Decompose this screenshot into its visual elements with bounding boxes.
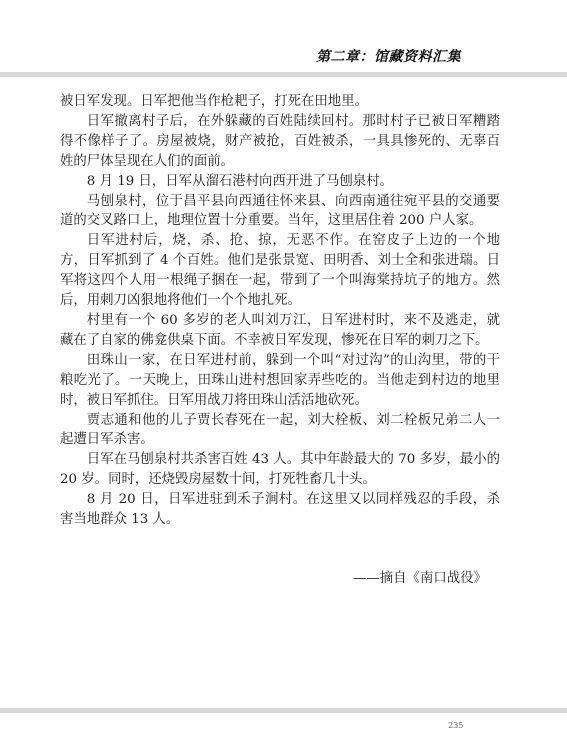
paragraph: 贾志通和他的儿子贾长春死在一起，刘大栓板、刘二栓板兄弟二人一起遭日军杀害。 [60, 411, 500, 451]
body-text: 被日军发现。日军把他当作枪耙子，打死在田地里。 日军撤离村子后，在外躲藏的百姓陆… [60, 92, 500, 530]
paragraph: 马刨泉村，位于昌平县向西通往怀来县、向西南通往宛平县的交通要道的交叉路口上，地理… [60, 192, 500, 232]
paragraph: 日军在马刨泉村共杀害百姓 43 人。其中年龄最大的 70 多岁，最小的 20 岁… [60, 450, 500, 490]
chapter-title: 第二章：馆藏资料汇集 [316, 46, 461, 66]
paragraph: 8 月 20 日，日军进驻到禾子涧村。在这里又以同样残忍的手段，杀害当地群众 1… [60, 490, 500, 530]
header-divider-bar [0, 72, 567, 77]
paragraph: 日军撤离村子后，在外躲藏的百姓陆续回村。那时村子已被日军糟踏得不像样子了。房屋被… [60, 112, 500, 172]
page-number: 235 [448, 721, 463, 730]
source-attribution: ——摘自《南口战役》 [353, 569, 487, 589]
paragraph: 村里有一个 60 多岁的老人叫刘万江，日军进村时，来不及逃走，就藏在了自家的佛龛… [60, 311, 500, 351]
paragraph: 日军进村后，烧，杀、抢、掠，无恶不作。在窑皮子上边的一个地方，日军抓到了 4 个… [60, 231, 500, 311]
footer-divider-bar [0, 708, 567, 713]
paragraph: 8 月 19 日，日军从溜石港村向西开进了马刨泉村。 [60, 172, 500, 192]
paragraph: 田珠山一家，在日军进村前，躲到一个叫“对过沟”的山沟里，带的干粮吃光了。一天晚上… [60, 351, 500, 411]
paragraph: 被日军发现。日军把他当作枪耙子，打死在田地里。 [60, 92, 500, 112]
